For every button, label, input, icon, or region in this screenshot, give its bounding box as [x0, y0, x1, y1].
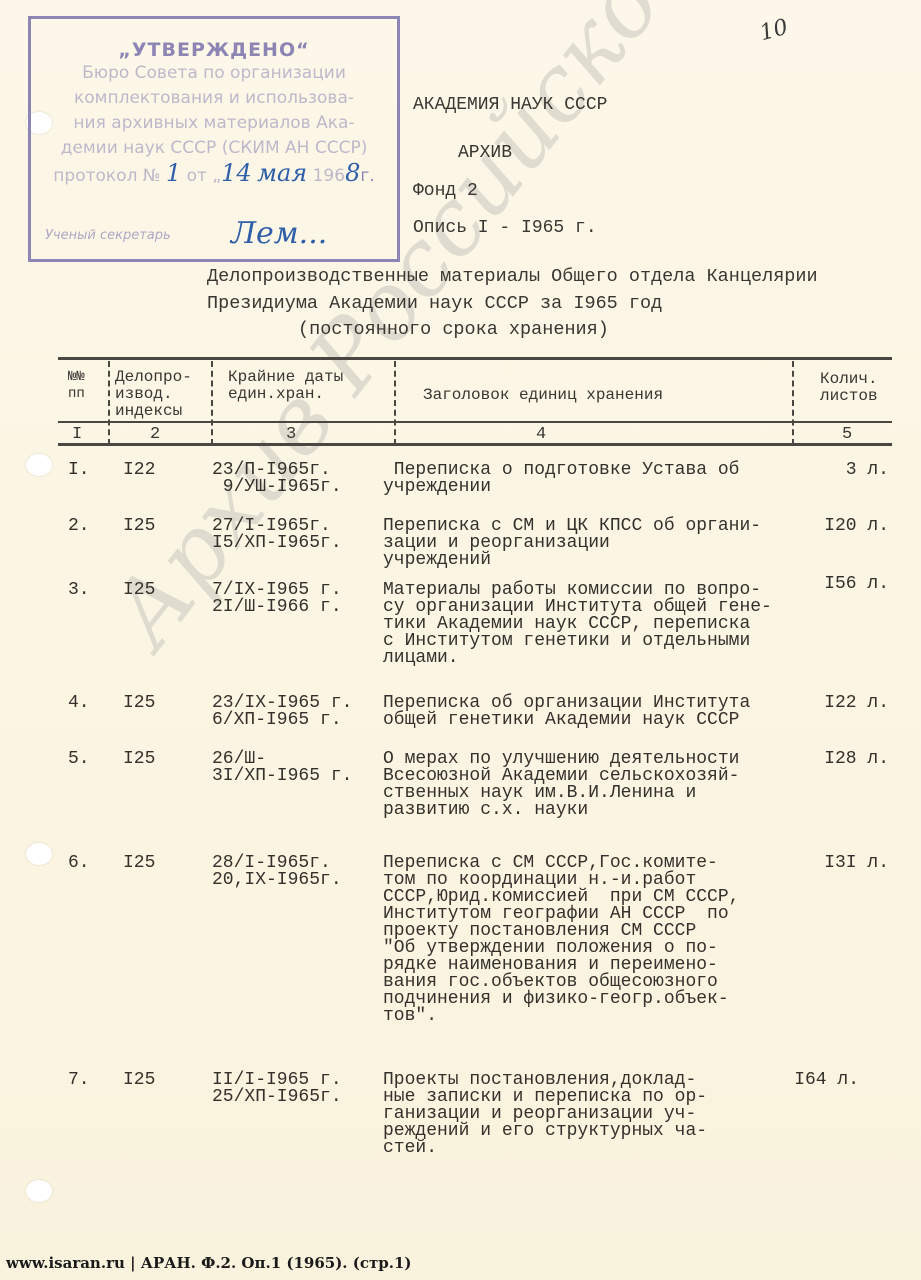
protocol-year-prefix: 196: [313, 166, 345, 186]
protocol-month: мая: [257, 159, 307, 187]
protocol-g: г.: [360, 166, 374, 186]
header-title: Заголовок единиц хранения: [423, 387, 663, 404]
row-title: Переписка с СМ СССР,Гос.комите- том по к…: [383, 855, 739, 1025]
row-sheets: I64 л.: [794, 1072, 859, 1089]
punch-hole: [26, 843, 52, 865]
row-dates: 23/П-I965г. 9/УШ-I965г.: [212, 462, 342, 496]
row-title: Переписка об организации Института общей…: [383, 695, 750, 729]
document-title-line1: Делопроизводственные материалы Общего от…: [207, 264, 818, 289]
column-divider: [394, 361, 396, 445]
row-title: Переписка о подготовке Устава об учрежде…: [383, 462, 739, 496]
row-index: I25: [123, 855, 155, 872]
row-index: I22: [123, 462, 155, 479]
row-index: I25: [123, 751, 155, 768]
stamp-line: комплектования и использова-: [31, 86, 397, 111]
row-number: 2.: [68, 518, 90, 535]
protocol-year-suffix: 8: [345, 159, 360, 187]
secretary-label: Ученый секретарь: [45, 228, 171, 243]
table-rule: [58, 357, 892, 360]
row-number: 3.: [68, 582, 90, 599]
approval-stamp: „УТВЕРЖДЕНО“ Бюро Совета по организации …: [28, 16, 400, 262]
opis-label: Опись I - I965 г.: [413, 218, 597, 238]
row-number: I.: [68, 462, 90, 479]
column-number: 3: [286, 425, 296, 444]
row-title: Материалы работы комиссии по вопро- су о…: [383, 582, 772, 667]
column-divider: [108, 361, 110, 445]
row-dates: 27/I-I965г. I5/XП-I965г.: [212, 518, 342, 552]
source-footer: www.isaran.ru | АРАН. Ф.2. Оп.1 (1965). …: [6, 1254, 412, 1272]
header-sheets: Колич. листов: [820, 371, 878, 405]
row-title: Проекты постановления,доклад- ные записк…: [383, 1072, 707, 1157]
table-header: №№ пп Делопро- извод. индексы Крайние да…: [58, 357, 892, 447]
row-sheets: I3I л.: [824, 855, 889, 872]
protocol-number: 1: [166, 159, 181, 187]
signature: Лем...: [231, 216, 327, 251]
stamp-protocol: протокол № 1 от „14 мая 1968г.: [31, 161, 397, 189]
row-dates: 26/Ш- 3I/XП-I965 г.: [212, 751, 352, 785]
row-index: I25: [123, 695, 155, 712]
header-dates: Крайние даты един.хран.: [228, 369, 343, 403]
archive-label: АРХИВ: [458, 143, 512, 163]
stamp-line: Бюро Совета по организации: [31, 61, 397, 86]
punch-hole: [26, 454, 52, 476]
row-number: 5.: [68, 751, 90, 768]
document-title-line3: (постоянного срока хранения): [298, 317, 609, 342]
stamp-line: демии наук СССР (СКИМ АН СССР): [31, 136, 397, 161]
row-sheets: I22 л.: [824, 695, 889, 712]
row-dates: 28/I-I965г. 20,IX-I965г.: [212, 855, 342, 889]
fond-label: Фонд 2: [413, 181, 478, 201]
row-title: Переписка с СМ и ЦК КПСС об органи- заци…: [383, 518, 761, 569]
header-number: №№ пп: [68, 369, 85, 403]
row-sheets: I56 л.: [824, 576, 889, 593]
column-number: I: [72, 425, 82, 444]
table-rule: [58, 421, 892, 423]
document-title-line2: Президиума Академии наук СССР за I965 го…: [207, 291, 662, 316]
row-index: I25: [123, 582, 155, 599]
protocol-from: от „: [187, 166, 222, 186]
row-dates: II/I-I965 г. 25/XП-I965г.: [212, 1072, 342, 1106]
stamp-title: „УТВЕРЖДЕНО“: [31, 39, 397, 61]
row-sheets: 3 л.: [846, 462, 889, 479]
stamp-line: ния архивных материалов Ака-: [31, 111, 397, 136]
protocol-prefix: протокол №: [53, 166, 160, 186]
row-sheets: I20 л.: [824, 518, 889, 535]
header-index: Делопро- извод. индексы: [115, 369, 192, 420]
org-name: АКАДЕМИЯ НАУК СССР: [413, 95, 607, 115]
column-divider: [792, 361, 794, 445]
punch-hole: [26, 1180, 52, 1202]
row-number: 7.: [68, 1072, 90, 1089]
row-dates: 23/IX-I965 г. 6/XП-I965 г.: [212, 695, 352, 729]
column-divider: [211, 361, 213, 445]
row-index: I25: [123, 1072, 155, 1089]
protocol-day: 14: [221, 159, 252, 187]
row-title: О мерах по улучшению деятельности Всесою…: [383, 751, 739, 819]
row-number: 4.: [68, 695, 90, 712]
column-number: 2: [150, 425, 160, 444]
row-index: I25: [123, 518, 155, 535]
column-number: 5: [842, 425, 852, 444]
table-rule: [58, 443, 892, 446]
row-number: 6.: [68, 855, 90, 872]
row-sheets: I28 л.: [824, 751, 889, 768]
column-number: 4: [536, 425, 546, 444]
row-dates: 7/IX-I965 г. 2I/Ш-I966 г.: [212, 582, 342, 616]
